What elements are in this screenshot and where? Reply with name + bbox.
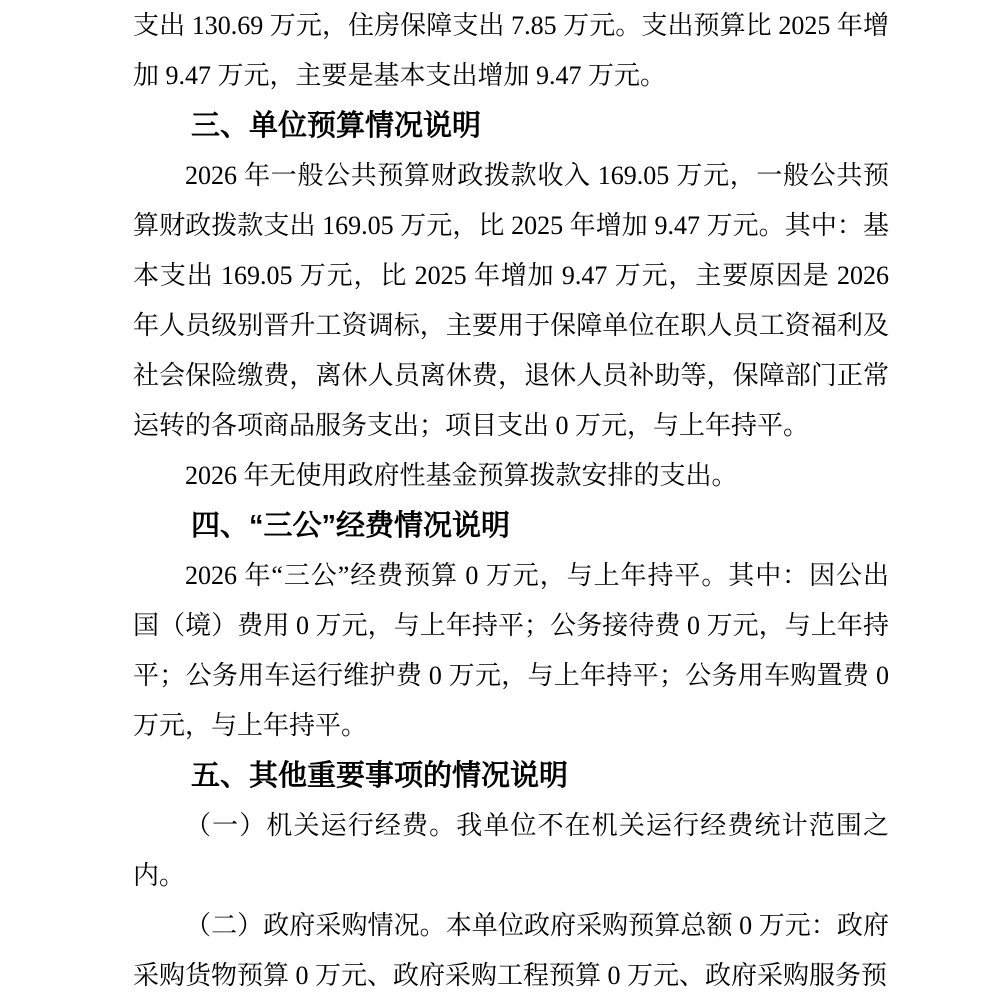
- body-paragraph-gov-procurement: （二）政府采购情况。本单位政府采购预算总额 0 万元：政府采购货物预算 0 万元…: [133, 901, 889, 1001]
- section-heading-5: 五、其他重要事项的情况说明: [133, 751, 889, 801]
- body-paragraph-gov-fund: 2026 年无使用政府性基金预算拨款安排的支出。: [133, 451, 889, 501]
- body-paragraph-continuation: 支出 130.69 万元，住房保障支出 7.85 万元。支出预算比 2025 年…: [133, 1, 889, 101]
- section-heading-4: 四、“三公”经费情况说明: [133, 501, 889, 551]
- section-heading-3: 三、单位预算情况说明: [133, 101, 889, 151]
- document-content: 支出 130.69 万元，住房保障支出 7.85 万元。支出预算比 2025 年…: [133, 1, 889, 1001]
- body-paragraph-operating-expense: （一）机关运行经费。我单位不在机关运行经费统计范围之内。: [133, 801, 889, 901]
- body-paragraph-three-public-expenses: 2026 年“三公”经费预算 0 万元，与上年持平。其中：因公出国（境）费用 0…: [133, 551, 889, 751]
- body-paragraph-budget-overview: 2026 年一般公共预算财政拨款收入 169.05 万元，一般公共预算财政拨款支…: [133, 151, 889, 451]
- document-page: 支出 130.69 万元，住房保障支出 7.85 万元。支出预算比 2025 年…: [0, 0, 1000, 1003]
